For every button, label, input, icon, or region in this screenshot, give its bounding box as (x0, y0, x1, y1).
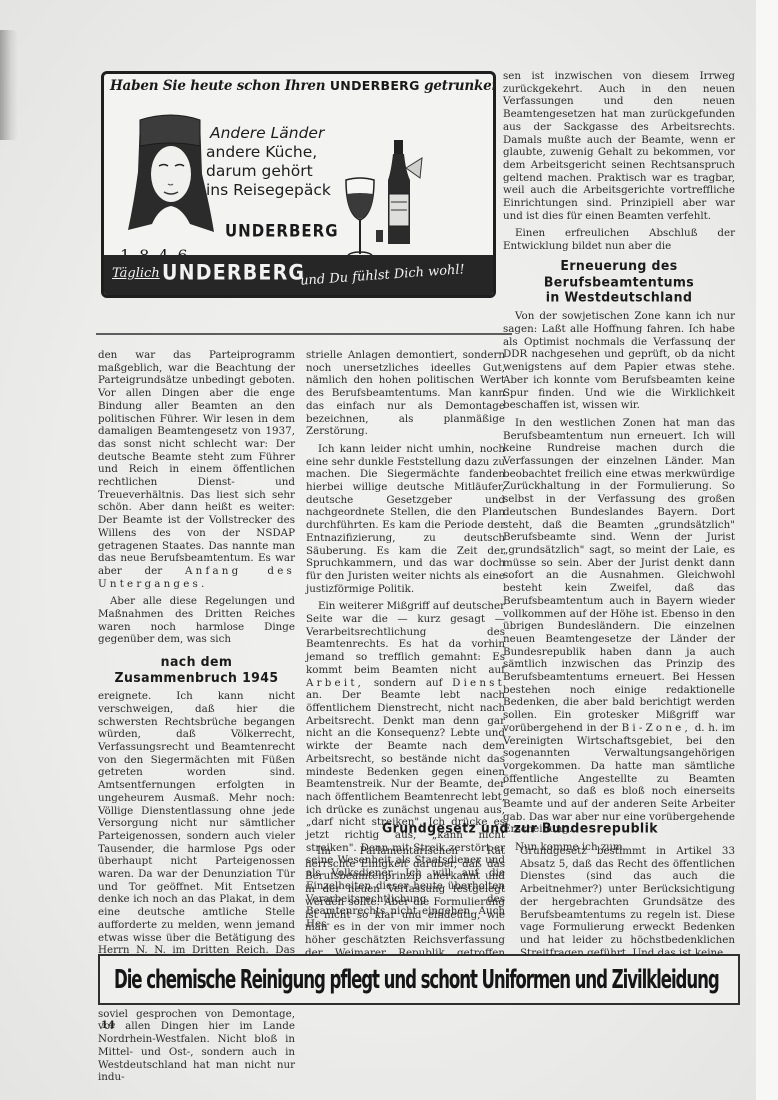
paragraph: Einen erfreulichen Abschluß der Entwickl… (503, 227, 735, 252)
text-column-3: sen ist inzwischen von diesem Irrweg zur… (503, 70, 735, 854)
ad-footer-band: Täglich UNDERBERG und Du fühlst Dich woh… (104, 255, 493, 295)
page-edge (756, 0, 778, 1100)
ad-slogan: Andere Länder andere Küche, darum gehört… (206, 124, 346, 200)
dry-cleaning-advertisement: Die chemische Reinigung pflegt und schon… (98, 954, 740, 1005)
text-column-5: Grundgesetz bestimmt in Artikel 33 Absat… (520, 845, 735, 959)
paragraph: ereignete. Ich kann nicht verschweigen, … (98, 690, 295, 1084)
text-column-4: Im Parlamentarischen Rat herrschte Einig… (305, 845, 505, 972)
paragraph: Grundgesetz bestimmt in Artikel 33 Absat… (520, 845, 735, 959)
section-heading-zusammenbruch: nach dem Zusammenbruch 1945 (98, 653, 295, 685)
ad-headline: Haben Sie heute schon Ihren UNDERBERG ge… (110, 78, 490, 94)
paragraph: Aber alle diese Regelungen und Maßnahmen… (98, 595, 295, 646)
divider-rule (96, 333, 512, 335)
spaced-emphasis: Bi-Zone, (622, 722, 691, 734)
wine-glass-icon (340, 174, 380, 264)
scanned-page: Haben Sie heute schon Ihren UNDERBERG ge… (0, 0, 778, 1100)
underberg-advertisement: Haben Sie heute schon Ihren UNDERBERG ge… (101, 71, 496, 298)
binding-shadow (0, 30, 18, 140)
spaced-emphasis: Dienst (452, 677, 505, 689)
paragraph: Ich kann leider nicht umhin, noch eine s… (306, 443, 505, 595)
section-heading-erneuerung: Erneuerung des Berufsbeamtentums in West… (503, 258, 735, 305)
paragraph: In den westlichen Zonen hat man das Beru… (503, 417, 735, 836)
page-number: 14 (101, 1020, 115, 1031)
paragraph: den war das Parteiprogramm maßgeblich, w… (98, 349, 295, 590)
paragraph: Von der sowjetischen Zone kann ich nur s… (503, 310, 735, 412)
paragraph: strielle Anlagen demontiert, sondern noc… (306, 349, 505, 438)
woman-portrait-illustration (126, 112, 216, 240)
bottle-icon (376, 138, 424, 250)
paragraph: sen ist inzwischen von diesem Irrweg zur… (503, 70, 735, 222)
ad-brand-name: UNDERBERG (225, 221, 339, 242)
text-column-2: strielle Anlagen demontiert, sondern noc… (306, 349, 505, 931)
section-heading-grundgesetz: Grundgesetz und zur Bundesrepublik (300, 819, 740, 835)
paragraph: Im Parlamentarischen Rat herrschte Einig… (305, 845, 505, 972)
spaced-emphasis: Arbeit, (306, 677, 364, 689)
